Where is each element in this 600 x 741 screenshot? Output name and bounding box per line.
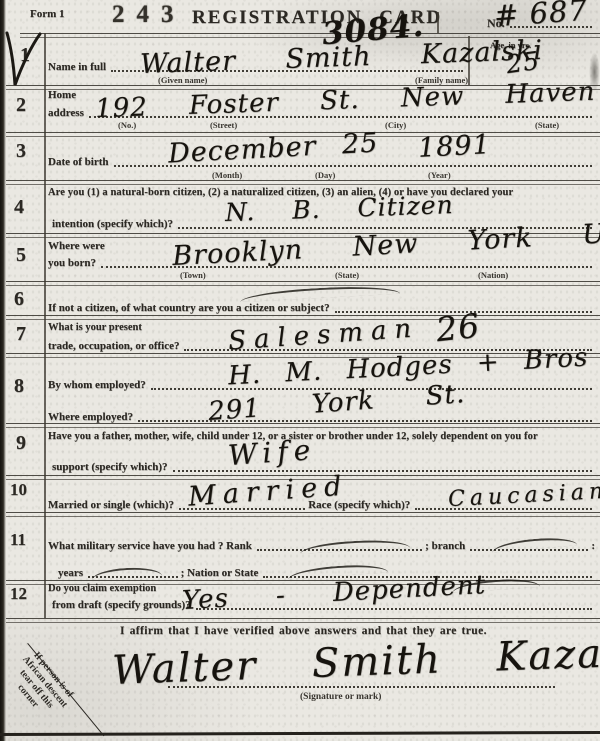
trade-label-2: trade, occupation, or office? bbox=[48, 340, 179, 353]
row-number: 11 bbox=[10, 530, 26, 550]
married-label: Married or single (which)? bbox=[48, 499, 174, 512]
name-label: Name in full bbox=[48, 61, 106, 74]
exemption-label-1: Do you claim exemption bbox=[48, 583, 156, 594]
rule-line bbox=[6, 315, 600, 320]
stamp-number: 243 bbox=[112, 1, 186, 29]
intention-label: intention (specify which)? bbox=[52, 218, 173, 231]
sub-label: (Day) bbox=[315, 170, 335, 180]
trade-label-1: What is your present bbox=[48, 322, 142, 333]
country-question: If not a citizen, of what country are yo… bbox=[48, 302, 330, 315]
checkmark-icon bbox=[1, 29, 43, 93]
form-label: Form 1 bbox=[30, 8, 65, 20]
employer-label: By whom employed? bbox=[48, 379, 146, 392]
sub-label: (Street) bbox=[210, 120, 237, 130]
home-label: Home bbox=[48, 89, 76, 101]
number-column-line bbox=[44, 33, 46, 618]
where-employed-label: Where employed? bbox=[48, 411, 133, 424]
trade-number-handwriting: 26 bbox=[434, 306, 482, 349]
corner-text: If person is of African descent tear off… bbox=[0, 629, 93, 741]
row-number: 10 bbox=[10, 480, 27, 500]
years-label: years bbox=[58, 567, 83, 580]
sub-label: (Year) bbox=[428, 170, 451, 180]
sub-label: (State) bbox=[335, 270, 359, 280]
sub-label: (Month) bbox=[212, 170, 242, 180]
row-number: 12 bbox=[10, 584, 27, 604]
nation-label: ; Nation or State bbox=[181, 567, 259, 580]
row-number: 5 bbox=[16, 244, 26, 267]
rule-line bbox=[6, 618, 600, 623]
row-number: 3 bbox=[16, 140, 26, 163]
rule-line bbox=[6, 180, 600, 185]
row-number: 6 bbox=[14, 288, 24, 311]
rule-line bbox=[6, 512, 600, 517]
military-question: What military service have you had ? Ran… bbox=[48, 540, 252, 553]
birth-year-handwriting: 1891 bbox=[417, 129, 491, 164]
header-divider-line bbox=[437, 12, 439, 33]
row-number: 9 bbox=[16, 432, 26, 455]
sub-label: (Town) bbox=[180, 270, 206, 280]
dotted-line bbox=[138, 420, 592, 422]
rule-line bbox=[6, 281, 600, 286]
scan-left-edge bbox=[0, 0, 6, 741]
signature-handwriting: Walter Smith Kazalski bbox=[111, 628, 600, 694]
affirmation-text: I affirm that I have verified above answ… bbox=[120, 625, 487, 637]
exemption-label-2: from draft (specify grounds)? bbox=[52, 599, 191, 612]
support-label: support (specify which)? bbox=[52, 461, 168, 474]
row-number: 2 bbox=[16, 94, 26, 117]
sub-label: (City) bbox=[385, 120, 406, 130]
country-field: If not a citizen, of what country are yo… bbox=[48, 299, 595, 315]
row-number: 8 bbox=[14, 375, 24, 398]
dependent-handwriting: Wife bbox=[227, 433, 317, 472]
card-bottom-edge bbox=[0, 731, 600, 736]
signature-sublabel: (Signature or mark) bbox=[300, 692, 381, 702]
born-label-1: Where were bbox=[48, 240, 105, 252]
sub-label: (Nation) bbox=[478, 270, 508, 280]
birthdate-label: Date of birth bbox=[48, 156, 109, 169]
born-label-2: you born? bbox=[48, 257, 96, 270]
sub-label: (State) bbox=[535, 120, 559, 130]
address-label: address bbox=[48, 107, 84, 120]
colon-label: : bbox=[591, 540, 595, 553]
row-number: 7 bbox=[16, 323, 26, 346]
row-number: 4 bbox=[14, 196, 24, 219]
branch-label: ; branch bbox=[425, 540, 465, 553]
